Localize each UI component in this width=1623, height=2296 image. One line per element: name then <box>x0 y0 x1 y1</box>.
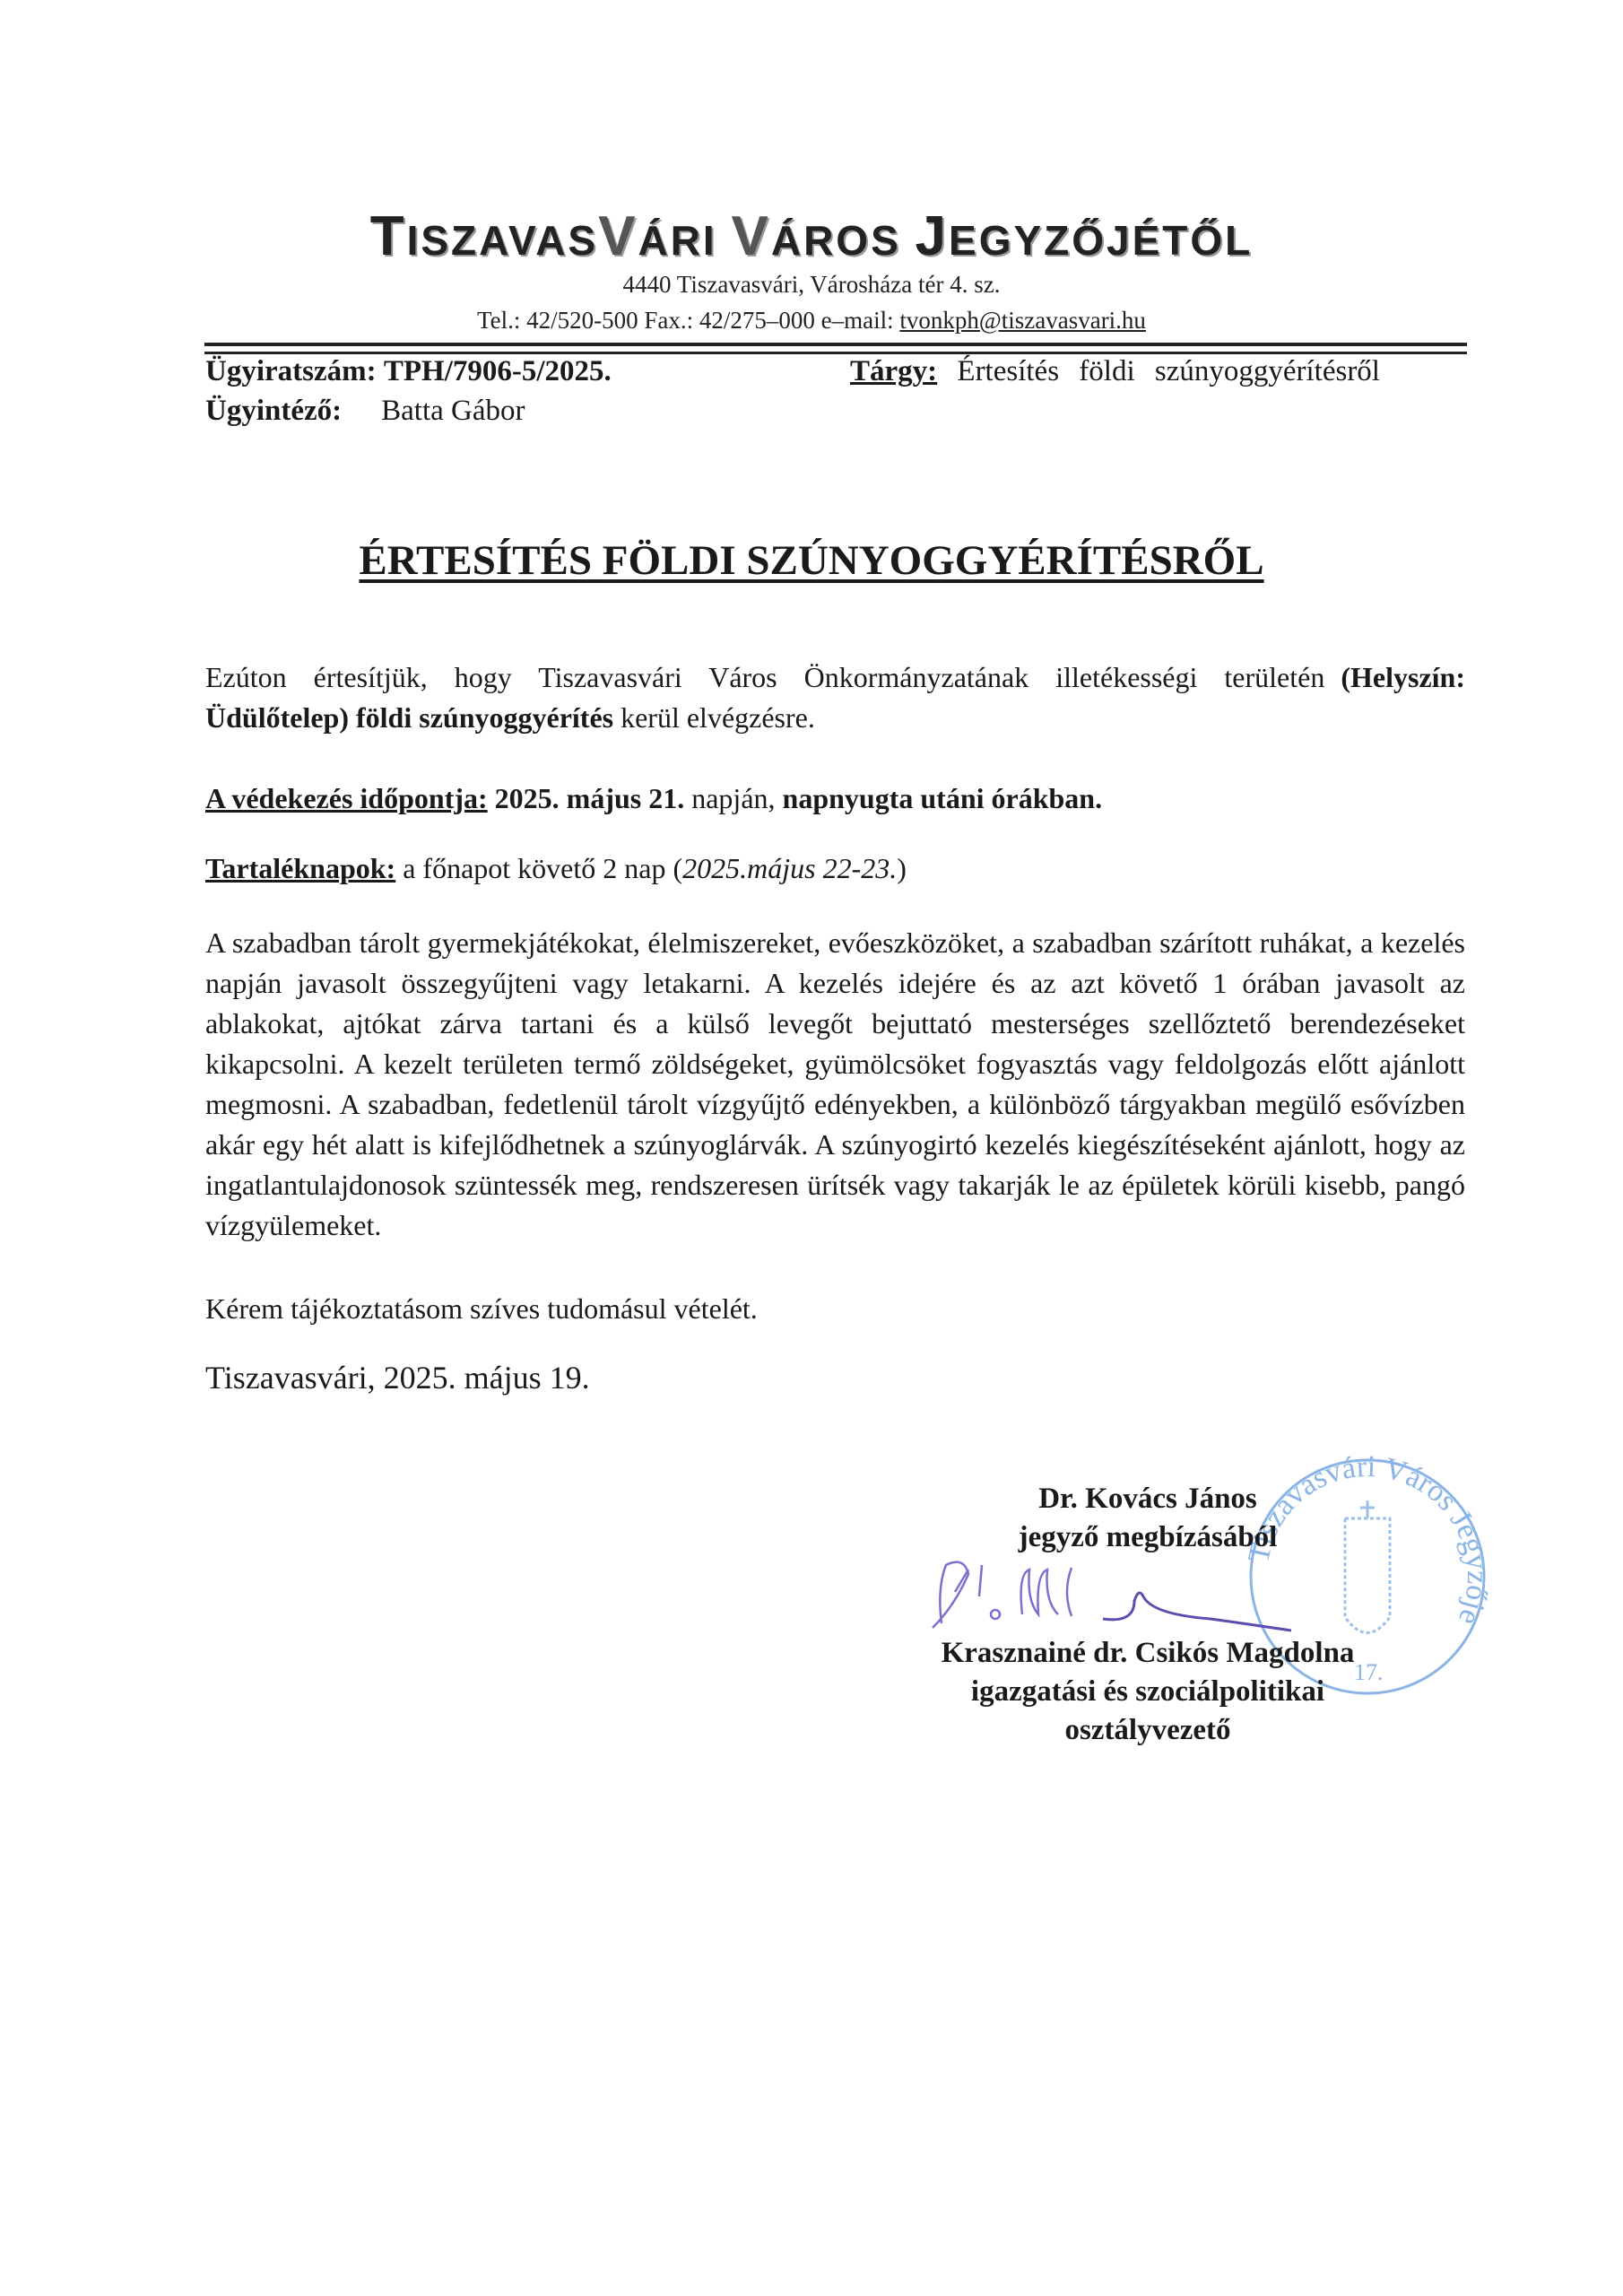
place-date: Tiszavasvári, 2025. május 19. <box>205 1358 1465 1398</box>
document-title: ÉRTESÍTÉS FÖLDI SZÚNYOGGYÉRÍTÉSRŐL <box>0 536 1623 585</box>
signer-name: Krasznainé dr. Csikós Magdolna <box>879 1634 1417 1673</box>
signer-title: osztályvezető <box>879 1711 1417 1750</box>
letterhead-address: 4440 Tiszavasvári, Városháza tér 4. sz. <box>0 271 1623 299</box>
treatment-date-label: A védekezés időpontja: <box>205 782 488 814</box>
closing-line: Kérem tájékoztatásom szíves tudomásul vé… <box>205 1289 1465 1329</box>
header-divider <box>204 343 1467 346</box>
reserve-days: Tartaléknapok: a főnapot követő 2 nap (2… <box>205 848 1465 889</box>
signer-role: igazgatási és szociálpolitikai <box>879 1673 1417 1711</box>
treatment-date: A védekezés időpontja: 2025. május 21. n… <box>205 778 1465 819</box>
intro-paragraph: Ezúton értesítjük, hogy Tiszavasvári Vár… <box>205 657 1465 738</box>
contact-phone-fax: Tel.: 42/520-500 Fax.: 42/275–000 e–mail… <box>477 307 899 334</box>
case-officer: Ügyintéző:Batta Gábor <box>205 395 525 428</box>
email-link[interactable]: tvonkph@tiszavasvari.hu <box>899 307 1146 334</box>
subject: Tárgy: Értesítés földi szúnyoggyérítésrő… <box>850 355 1380 388</box>
case-officer-value: Batta Gábor <box>381 395 525 427</box>
advice-paragraph: A szabadban tárolt gyermekjátékokat, éle… <box>205 923 1465 1246</box>
file-number: Ügyiratszám: TPH/7906-5/2025. <box>205 355 612 388</box>
handwritten-signature-icon <box>915 1552 1327 1632</box>
file-number-value: TPH/7906-5/2025. <box>384 355 612 387</box>
principal-name: Dr. Kovács János <box>879 1480 1417 1518</box>
subject-label: Tárgy: <box>850 355 937 387</box>
principal-signature-block: Dr. Kovács János jegyző megbízásából <box>879 1480 1417 1557</box>
case-officer-label: Ügyintéző: <box>205 395 342 427</box>
reserve-days-label: Tartaléknapok: <box>205 852 395 884</box>
letterhead-contact: Tel.: 42/520-500 Fax.: 42/275–000 e–mail… <box>0 307 1623 335</box>
letterhead-title: TISZAVASVÁRI VÁROS JEGYZŐJÉTŐL <box>0 204 1623 268</box>
header-divider <box>204 352 1467 354</box>
subject-value: Értesítés földi szúnyoggyérítésről <box>957 355 1380 387</box>
file-number-label: Ügyiratszám: <box>205 355 377 387</box>
signer-signature-block: Krasznainé dr. Csikós Magdolna igazgatás… <box>879 1634 1417 1750</box>
